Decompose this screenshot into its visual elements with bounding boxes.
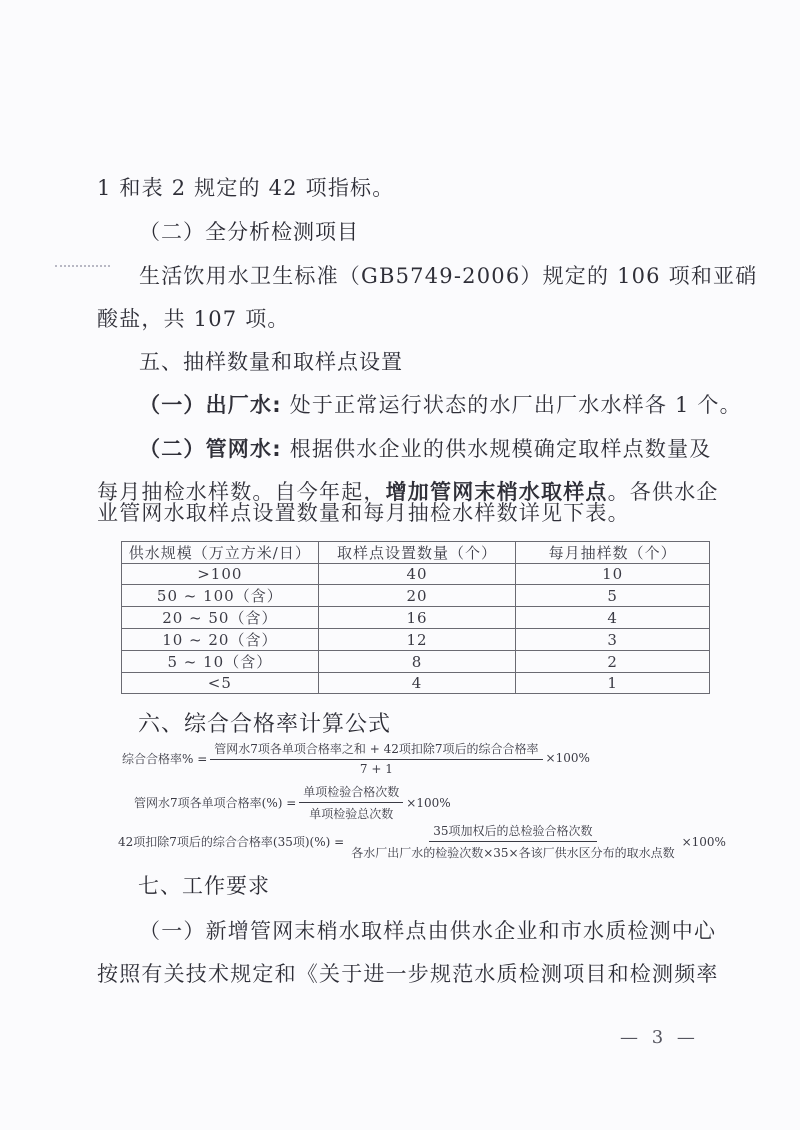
paragraph-line: 酸盐，共 107 项。	[97, 303, 290, 333]
column-header: 取样点设置数量（个）	[318, 542, 516, 564]
formula-overall-pass-rate: 综合合格率% = 管网水7项各单项合格率之和 + 42项扣除7项后的综合合格率 …	[122, 740, 590, 776]
table-cell: 4	[516, 607, 710, 629]
table-cell: 4	[318, 673, 516, 694]
formula-numerator: 单项检验合格次数	[299, 783, 403, 803]
formula-lhs: 管网水7项各单项合格率(%) =	[134, 794, 296, 811]
formula-rhs: ×100%	[546, 751, 590, 765]
paragraph-text: 根据供水企业的供水规模确定取样点数量及	[282, 437, 712, 461]
paragraph-network-water: （二）管网水: 根据供水企业的供水规模确定取样点数量及	[139, 433, 712, 463]
table-cell: 3	[516, 629, 710, 651]
section-heading-5: 五、抽样数量和取样点设置	[139, 346, 403, 376]
table-cell: 12	[318, 629, 516, 651]
table-row: 50 ~ 100（含） 20 5	[122, 585, 710, 607]
scan-artifact-dots	[55, 265, 110, 267]
document-page: 1 和表 2 规定的 42 项指标。 （二）全分析检测项目 生活饮用水卫生标准（…	[0, 0, 800, 1130]
formula-denominator: 7 + 1	[356, 760, 397, 776]
table-cell: 5 ~ 10（含）	[122, 651, 319, 673]
formula-numerator: 管网水7项各单项合格率之和 + 42项扣除7项后的综合合格率	[210, 740, 542, 760]
label-factory-water: （一）出厂水:	[139, 393, 282, 417]
table-cell: 40	[318, 564, 516, 585]
paragraph-line: 1 和表 2 规定的 42 项指标。	[97, 172, 394, 202]
page-number: — 3 —	[620, 1027, 699, 1048]
paragraph-line: 业管网水取样点设置数量和每月抽检水样数详见下表。	[97, 497, 630, 527]
label-network-water: （二）管网水:	[139, 437, 282, 461]
formula-rhs: ×100%	[682, 835, 726, 849]
formula-single-item-pass-rate: 管网水7项各单项合格率(%) = 单项检验合格次数 单项检验总次数 ×100%	[134, 783, 451, 822]
table-row: 20 ~ 50（含） 16 4	[122, 607, 710, 629]
formula-denominator: 单项检验总次数	[305, 803, 397, 822]
formula-rhs: ×100%	[406, 796, 450, 810]
paragraph-text: 处于正常运行状态的水厂出厂水水样各 1 个。	[282, 393, 742, 417]
paragraph-line: （一）新增管网末梢水取样点由供水企业和市水质检测中心	[139, 915, 716, 945]
formula-lhs: 综合合格率% =	[122, 750, 207, 767]
table-cell: >100	[122, 564, 319, 585]
table-cell: 1	[516, 673, 710, 694]
table-cell: 16	[318, 607, 516, 629]
sampling-table: 供水规模（万立方米/日） 取样点设置数量（个） 每月抽样数（个） >100 40…	[121, 541, 710, 694]
formula-lhs: 42项扣除7项后的综合合格率(35项)(%) =	[118, 833, 344, 850]
table-cell: 10	[516, 564, 710, 585]
paragraph-factory-water: （一）出厂水: 处于正常运行状态的水厂出厂水水样各 1 个。	[139, 389, 742, 419]
table-cell: 20 ~ 50（含）	[122, 607, 319, 629]
table-cell: 2	[516, 651, 710, 673]
section-heading-6: 六、综合合格率计算公式	[138, 707, 391, 738]
table-cell: 8	[318, 651, 516, 673]
formula-denominator: 各水厂出厂水的检验次数×35×各该厂供水区分布的取水点数	[347, 842, 678, 861]
paragraph-line: 按照有关技术规定和《关于进一步规范水质检测项目和检测频率	[97, 958, 719, 988]
paragraph-line: 生活饮用水卫生标准（GB5749-2006）规定的 106 项和亚硝	[139, 260, 757, 290]
table-row: 10 ~ 20（含） 12 3	[122, 629, 710, 651]
table-row: 5 ~ 10（含） 8 2	[122, 651, 710, 673]
section-heading-7: 七、工作要求	[138, 870, 270, 900]
table-cell: 50 ~ 100（含）	[122, 585, 319, 607]
formula-numerator: 35项加权后的总检验合格次数	[429, 822, 596, 842]
column-header: 供水规模（万立方米/日）	[122, 542, 319, 564]
table-row: >100 40 10	[122, 564, 710, 585]
table-cell: <5	[122, 673, 319, 694]
formula-fraction: 35项加权后的总检验合格次数 各水厂出厂水的检验次数×35×各该厂供水区分布的取…	[347, 822, 678, 861]
table-header-row: 供水规模（万立方米/日） 取样点设置数量（个） 每月抽样数（个）	[122, 542, 710, 564]
table-cell: 5	[516, 585, 710, 607]
table-row: <5 4 1	[122, 673, 710, 694]
table-cell: 10 ~ 20（含）	[122, 629, 319, 651]
column-header: 每月抽样数（个）	[516, 542, 710, 564]
formula-fraction: 单项检验合格次数 单项检验总次数	[299, 783, 403, 822]
formula-35-item-pass-rate: 42项扣除7项后的综合合格率(35项)(%) = 35项加权后的总检验合格次数 …	[118, 822, 726, 861]
formula-fraction: 管网水7项各单项合格率之和 + 42项扣除7项后的综合合格率 7 + 1	[210, 740, 542, 776]
subheading-full-analysis: （二）全分析检测项目	[139, 216, 359, 246]
table-cell: 20	[318, 585, 516, 607]
